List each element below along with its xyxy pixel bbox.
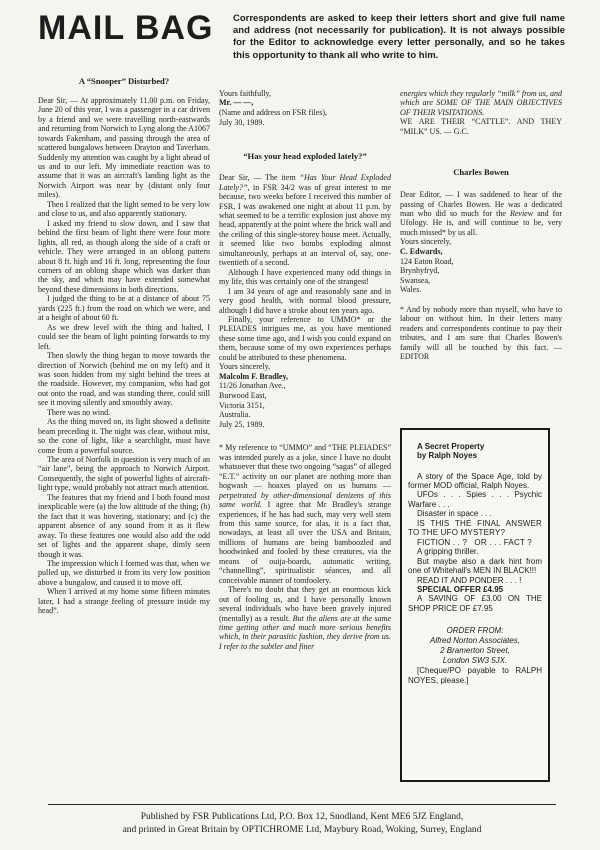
advert-question: IS THIS THE FINAL ANSWER TO THE UFO MYST…: [408, 519, 542, 538]
signoff-date: July 25, 1989.: [219, 420, 391, 430]
letter-paragraph: Then I realized that the light semed to …: [38, 200, 210, 219]
advert-story-line: Disaster in space . . .: [408, 509, 542, 518]
signoff-address: Victoria 3151,: [219, 401, 391, 411]
page-title: MAIL BAG: [38, 10, 213, 46]
magazine-page: MAIL BAG Correspondents are asked to kee…: [0, 0, 600, 850]
advert-tagline: A gripping thriller.: [408, 547, 542, 556]
letter3-heading: Charles Bowen: [400, 167, 562, 177]
advert-order-address: 2 Bramerton Street,: [408, 646, 542, 656]
imprint-line: and printed in Great Britain by OPTICHRO…: [48, 824, 556, 837]
advert-story-line: UFOs . . . Spies . . . Psychic Warfare .…: [408, 490, 542, 509]
letter-paragraph: As the thing moved on, its light showed …: [38, 417, 210, 455]
advert-cheque-note: [Cheque/PO payable to RALPH NOYES, pleas…: [408, 666, 542, 685]
editor-intro-note: Correspondents are asked to keep their l…: [233, 13, 565, 62]
letter-paragraph: Then slowly the thing began to move towa…: [38, 351, 210, 408]
spacer: [400, 295, 562, 305]
page-header: MAIL BAG Correspondents are asked to kee…: [0, 0, 600, 62]
signoff-address: Australia.: [219, 410, 391, 420]
letter1-heading: A “Snooper” Disturbed?: [38, 76, 210, 86]
letter-paragraph: Dear Editor, — I was saddened to hear of…: [400, 190, 562, 237]
signoff-address: 124 Eaton Road,: [400, 257, 562, 267]
text-run: Dear Sir, — The item: [219, 173, 300, 182]
signoff-line: Yours sincerely,: [219, 362, 391, 372]
advert-ponder: READ IT AND PONDER . . . !: [408, 576, 542, 585]
signoff-address: Brynhyfryd,: [400, 266, 562, 276]
advert-box: A Secret Property by Ralph Noyes A story…: [400, 428, 550, 782]
advert-hint: But maybe also a dark hint from one of W…: [408, 557, 542, 576]
signoff-address: Swansea,: [400, 276, 562, 286]
letter-paragraph: Although I have experienced many odd thi…: [219, 268, 391, 287]
letter-paragraph: Finally, your reference to UMMO* or the …: [219, 315, 391, 362]
letter-paragraph: As we drew level with the thing and halt…: [38, 323, 210, 351]
signoff-name: C. Edwards,: [400, 247, 562, 257]
advert-saving: A SAVING OF £3.00 ON THE SHOP PRICE OF £…: [408, 594, 542, 613]
letter-paragraph: There was no wind.: [38, 408, 210, 417]
signoff-name: Malcolm F. Bradley,: [219, 372, 391, 382]
letter-paragraph: Dear Sir, — The item “Has Your Head Expl…: [219, 173, 391, 268]
signoff-line: (Name and address on FSR files),: [219, 108, 391, 118]
advert-order-address: Alfred Norton Associates,: [408, 636, 542, 646]
letter-paragraph: I asked my friend to slow down, and I sa…: [38, 219, 210, 295]
signoff-line: Yours sincerely,: [400, 237, 562, 247]
editor-note-paragraph: * And by nobody more than myself, who ha…: [400, 305, 562, 362]
letter-paragraph: When I arrived at my home some fifteen m…: [38, 587, 210, 615]
spacer: [219, 429, 391, 443]
letter2-heading: “Has your head exploded lately?”: [219, 151, 391, 161]
signoff-address: 11/26 Jonathan Ave.,: [219, 381, 391, 391]
letter-paragraph: The features that my friend and I both f…: [38, 493, 210, 559]
signoff-address: Wales.: [400, 285, 562, 295]
text-run: I agree that Mr Bradley's strange experi…: [219, 500, 391, 585]
advert-title: A Secret Property: [408, 442, 542, 451]
advert-order-label: ORDER FROM:: [408, 626, 542, 636]
letter-paragraph: I am 34 years of age and reasonably sane…: [219, 287, 391, 315]
text-run: , in FSR 34/2 was of great interest to m…: [219, 183, 391, 268]
text-run: * My reference to “UMMO” and “THE PLEIAD…: [219, 443, 391, 490]
letter-paragraph: I judged the thing to be at a distance o…: [38, 294, 210, 322]
letters-columns: A “Snooper” Disturbed? Dear Sir, — At ap…: [38, 72, 562, 782]
signoff-address: Burwood East,: [219, 391, 391, 401]
editor-note-paragraph: * My reference to “UMMO” and “THE PLEIAD…: [219, 443, 391, 585]
imprint-line: Published by FSR Publications Ltd, P.O. …: [48, 811, 556, 824]
advert-order-block: ORDER FROM: Alfred Norton Associates, 2 …: [408, 626, 542, 666]
signoff-date: July 30, 1989.: [219, 118, 391, 128]
column-1: A “Snooper” Disturbed? Dear Sir, — At ap…: [38, 72, 210, 782]
signoff-name: Mr. — —,: [219, 98, 391, 108]
advert-question: FICTION . . ? OR . . . FACT ?: [408, 538, 542, 547]
column-3: energies which they regularly “milk” fro…: [400, 72, 562, 782]
editor-note-paragraph: There's no doubt that they get an enormo…: [219, 585, 391, 651]
letter-paragraph: Dear Sir, — At approximately 11.00 p.m. …: [38, 96, 210, 200]
imprint-footer: Published by FSR Publications Ltd, P.O. …: [48, 804, 556, 837]
column-2: Yours faithfully, Mr. — —, (Name and add…: [219, 72, 391, 782]
advert-special-offer: SPECIAL OFFER £4.95: [408, 585, 542, 594]
letter-paragraph: The impression which I formed was that, …: [38, 559, 210, 587]
advert-author: by Ralph Noyes: [408, 451, 542, 460]
text-run-italic: Review: [510, 209, 533, 218]
editor-note-conclusion: WE ARE THEIR “CATTLE”. AND THEY “MILK” U…: [400, 117, 562, 136]
editor-note-continuation: energies which they regularly “milk” fro…: [400, 89, 562, 117]
signoff-line: Yours faithfully,: [219, 89, 391, 99]
advert-story-line: A story of the Space Age, told by former…: [408, 472, 542, 491]
letter-paragraph: The area of Norfolk in question is very …: [38, 455, 210, 493]
advert-order-address: London SW3 5JX.: [408, 656, 542, 666]
